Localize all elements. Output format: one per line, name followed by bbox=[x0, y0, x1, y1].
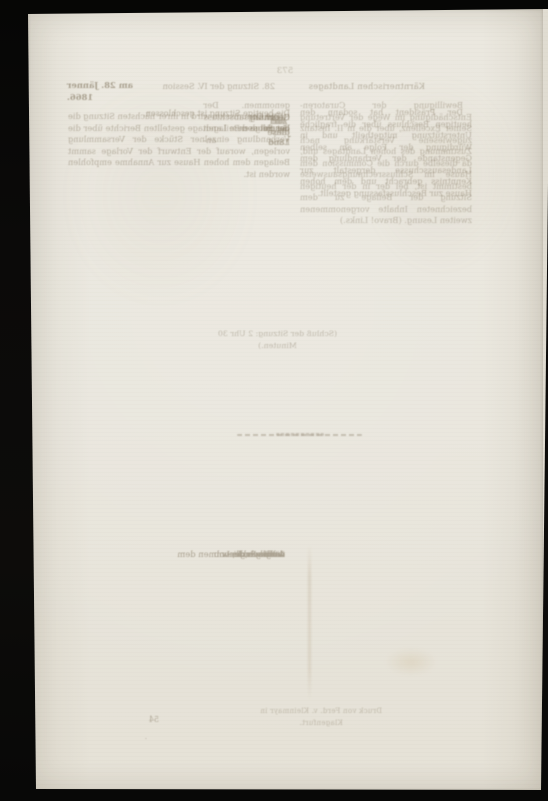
margin-mark-dot: · bbox=[135, 734, 147, 746]
header-left-title: Kärntnerischen Landtages bbox=[290, 81, 425, 93]
scan-frame: 573 Kärntnerischen Landtages 28. Sitzung… bbox=[0, 0, 548, 801]
left-column-paragraph-2: Der Präsident hat sodann den heutigen Be… bbox=[300, 107, 472, 199]
right-column: Der Rechnungsabschluss ist mit den Beila… bbox=[68, 100, 290, 360]
bleedthrough-layer: 573 Kärntnerischen Landtages 28. Sitzung… bbox=[65, 63, 475, 763]
printer-imprint: Druck von Ferd. v. Kleinmayr in Klagenfu… bbox=[242, 706, 400, 729]
header-center-title: 28. Sitzung der IV. Session bbox=[157, 81, 275, 93]
scanned-page: 573 Kärntnerischen Landtages 28. Sitzung… bbox=[0, 0, 548, 801]
session-end-line: (Schluß der Sitzung: 2 Uhr 30 Minuten.) bbox=[205, 328, 350, 351]
closing-line: Die heutige Sitzung ist geschlossen. bbox=[143, 108, 290, 120]
page-number: 573 bbox=[235, 66, 335, 78]
offset-line: 4— bbox=[271, 548, 285, 561]
right-column-paragraph: Die Commission wird in ihrer nächsten Si… bbox=[68, 111, 290, 180]
decorative-divider bbox=[237, 434, 362, 436]
margin-mark-54: 54 bbox=[139, 714, 159, 726]
